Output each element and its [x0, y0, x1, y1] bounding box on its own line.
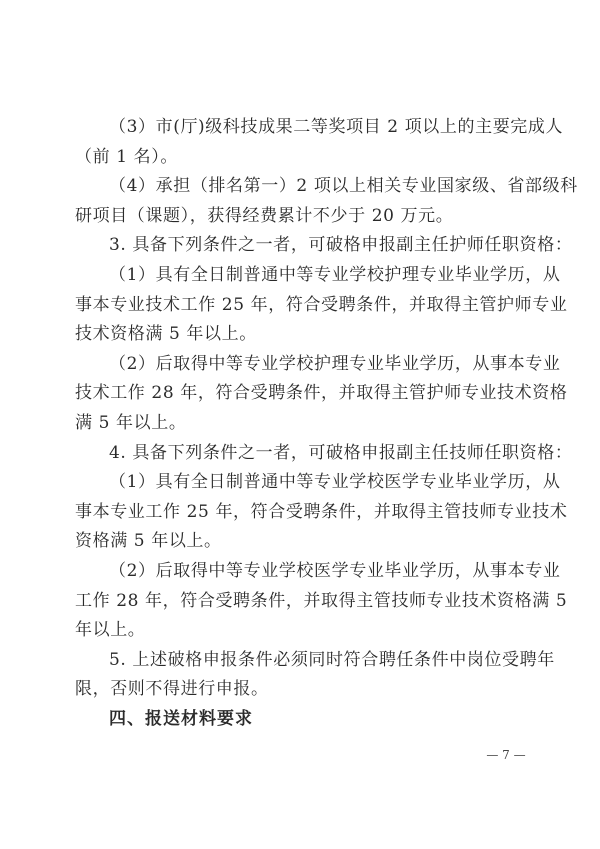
text-line: （3）市(厅)级科技成果二等奖项目 2 项以上的主要完成人	[75, 113, 527, 143]
text-line: 5. 上述破格申报条件必须同时符合聘任条件中岗位受聘年	[75, 646, 527, 676]
text-line: （1）具有全日制普通中等专业学校医学专业毕业学历，从	[75, 468, 527, 498]
text-line: 事本专业工作 25 年，符合受聘条件，并取得主管技师专业技术	[75, 498, 527, 528]
text-line: 限，否则不得进行申报。	[75, 675, 527, 705]
section-heading: 四、报送材料要求	[75, 705, 527, 735]
body-text: （3）市(厅)级科技成果二等奖项目 2 项以上的主要完成人 （前 1 名）。 （…	[75, 113, 527, 734]
text-line: 事本专业技术工作 25 年，符合受聘条件，并取得主管护师专业	[75, 291, 527, 321]
text-line: 研项目（课题），获得经费累计不少于 20 万元。	[75, 202, 527, 232]
text-line: （1）具有全日制普通中等专业学校护理专业毕业学历，从	[75, 261, 527, 291]
text-line: 4. 具备下列条件之一者，可破格申报副主任技师任职资格：	[75, 439, 527, 469]
text-line: 满 5 年以上。	[75, 409, 527, 439]
text-line: 工作 28 年，符合受聘条件，并取得主管技师专业技术资格满 5	[75, 587, 527, 617]
page-number: — 7 —	[484, 748, 528, 762]
text-line: （前 1 名）。	[75, 143, 527, 173]
document-page: （3）市(厅)级科技成果二等奖项目 2 项以上的主要完成人 （前 1 名）。 （…	[0, 0, 600, 849]
text-line: 3. 具备下列条件之一者，可破格申报副主任护师任职资格：	[75, 231, 527, 261]
text-line: （2）后取得中等专业学校护理专业毕业学历，从事本专业	[75, 350, 527, 380]
text-line: 资格满 5 年以上。	[75, 527, 527, 557]
text-line: 年以上。	[75, 616, 527, 646]
text-line: 技术资格满 5 年以上。	[75, 320, 527, 350]
text-line: （2）后取得中等专业学校医学专业毕业学历，从事本专业	[75, 557, 527, 587]
text-line: 技术工作 28 年，符合受聘条件，并取得主管护师专业技术资格	[75, 379, 527, 409]
text-line: （4）承担（排名第一）2 项以上相关专业国家级、省部级科	[75, 172, 527, 202]
